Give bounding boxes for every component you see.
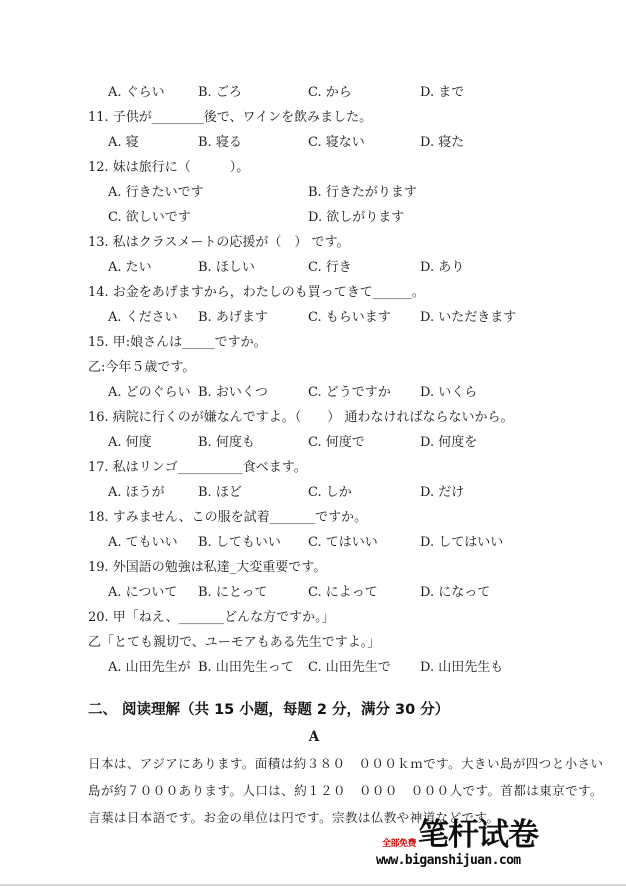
option-item: B. ほしい (198, 255, 308, 280)
multiple-choice-section: A. ぐらいB. ごろC. からD. まで11. 子供が________後で、ワ… (88, 80, 540, 680)
option-item: B. ほど (198, 480, 308, 505)
option-item: A. 山田先生が (108, 655, 198, 680)
option-item: C. てはいい (308, 530, 420, 555)
question-text: 20. 甲「ねえ、_______どんな方ですか。」 (88, 610, 335, 625)
option-item: D. 欲しがります (308, 205, 540, 230)
watermark-brand-row: 全部免费 笔杆试卷 (376, 820, 546, 851)
option-item: B. 山田先生って (198, 655, 308, 680)
dialog-line: 乙:今年５歳です。 (88, 355, 540, 380)
question-text: 17. 私はリンゴ__________食べます。 (88, 460, 307, 475)
option-item: A. 行きたいです (108, 180, 308, 205)
option-item: B. 行きたがります (308, 180, 540, 205)
question-line: 18. すみません、この服を試着_______ですか。 (88, 505, 540, 530)
option-item: C. もらいます (308, 305, 420, 330)
option-item: C. 寝ない (308, 130, 420, 155)
option-item: D. 何度を (420, 430, 540, 455)
option-item: A. どのぐらい (108, 380, 198, 405)
option-item: A. ほうが (108, 480, 198, 505)
test-content: A. ぐらいB. ごろC. からD. まで11. 子供が________後で、ワ… (88, 80, 540, 831)
option-item: C. どうですか (308, 380, 420, 405)
options-line: A. 山田先生がB. 山田先生ってC. 山田先生でD. 山田先生も (88, 655, 540, 680)
option-item: B. 何度も (198, 430, 308, 455)
dialog-text: 乙「とても親切で、ユーモアもある先生ですよ。」 (88, 635, 380, 650)
option-item: D. 寝た (420, 130, 540, 155)
question-line: 13. 私はクラスメートの応援が（ ） です。 (88, 230, 540, 255)
question-line: 11. 子供が________後で、ワインを飲みました。 (88, 105, 540, 130)
question-text: 15. 甲:娘さんは_____ですか。 (88, 335, 267, 350)
passage-line: 島が約７０００あります。人口は、約１２０ ０００ ０００人です。首都は東京です。 (88, 777, 540, 804)
option-item: D. いただきます (420, 305, 540, 330)
option-item: C. 行き (308, 255, 420, 280)
options-line: A. ほうがB. ほどC. しかD. だけ (88, 480, 540, 505)
options-line: A. 何度B. 何度もC. 何度でD. 何度を (88, 430, 540, 455)
option-item: B. おいくつ (198, 380, 308, 405)
page-bottom-divider (0, 884, 626, 886)
question-text: 19. 外国語の勉強は私達_大変重要です。 (88, 560, 326, 575)
option-item: B. 寝る (198, 130, 308, 155)
question-line: 14. お金をあげますから，わたしのも買ってきて______。 (88, 280, 540, 305)
watermark-tagline: 全部免费 (382, 840, 416, 849)
option-item: B. してもいい (198, 530, 308, 555)
options-line: A. 寝B. 寝るC. 寝ないD. 寝た (88, 130, 540, 155)
option-item: C. 何度で (308, 430, 420, 455)
watermark-site-url: www.biganshijuan.com (376, 853, 546, 868)
options-line: A. たいB. ほしいC. 行きD. あり (88, 255, 540, 280)
option-item: D. あり (420, 255, 540, 280)
question-text: 14. お金をあげますから，わたしのも買ってきて______。 (88, 285, 425, 300)
question-text: 13. 私はクラスメートの応援が（ ） です。 (88, 235, 350, 250)
option-item: C. から (308, 80, 420, 105)
option-item: D. まで (420, 80, 540, 105)
option-item: B. あげます (198, 305, 308, 330)
question-text: 18. すみません、この服を試着_______ですか。 (88, 510, 367, 525)
question-text: 16. 病院に行くのが嫌なんですよ。（ ） 通わなければならないから。 (88, 410, 513, 425)
option-item: C. 山田先生で (308, 655, 420, 680)
option-item: A. について (108, 580, 198, 605)
question-text: 12. 妹は旅行に（ ）。 (88, 160, 249, 175)
section-header: 二、 阅读理解（共 15 小题，每题 2 分，满分 30 分） (88, 697, 540, 724)
option-item: D. 山田先生も (420, 655, 540, 680)
option-item: A. 寝 (108, 130, 198, 155)
option-item: B. にとって (198, 580, 308, 605)
question-line: 12. 妹は旅行に（ ）。 (88, 155, 540, 180)
dialog-text: 乙:今年５歳です。 (88, 360, 195, 375)
option-item: C. によって (308, 580, 420, 605)
options-line: A. ぐらいB. ごろC. からD. まで (88, 80, 540, 105)
dialog-line: 乙「とても親切で、ユーモアもある先生ですよ。」 (88, 630, 540, 655)
watermark: 全部免费 笔杆试卷 www.biganshijuan.com (376, 820, 546, 868)
option-item: A. てもいい (108, 530, 198, 555)
option-item: A. 何度 (108, 430, 198, 455)
option-item: D. だけ (420, 480, 540, 505)
question-line: 16. 病院に行くのが嫌なんですよ。（ ） 通わなければならないから。 (88, 405, 540, 430)
question-line: 20. 甲「ねえ、_______どんな方ですか。」 (88, 605, 540, 630)
options-line: A. どのぐらいB. おいくつC. どうですかD. いくら (88, 380, 540, 405)
option-item: A. ください (108, 305, 198, 330)
options-line: A. についてB. にとってC. によってD. になって (88, 580, 540, 605)
watermark-brand-text: 笔杆试卷 (418, 820, 538, 851)
option-item: D. いくら (420, 380, 540, 405)
question-line: 17. 私はリンゴ__________食べます。 (88, 455, 540, 480)
passage-line: 日本は、アジアにあります。面積は約３８０ ０００ｋｍです。大きい島が四つと小さい (88, 750, 540, 777)
options-line: A. くださいB. あげますC. もらいますD. いただきます (88, 305, 540, 330)
passage-label: A (88, 724, 540, 750)
question-text: 11. 子供が________後で、ワインを飲みました。 (88, 110, 372, 125)
question-line: 19. 外国語の勉強は私達_大変重要です。 (88, 555, 540, 580)
question-line: 15. 甲:娘さんは_____ですか。 (88, 330, 540, 355)
option-item: B. ごろ (198, 80, 308, 105)
option-item: D. してはいい (420, 530, 540, 555)
option-item: A. ぐらい (108, 80, 198, 105)
options-line: A. てもいいB. してもいいC. てはいいD. してはいい (88, 530, 540, 555)
options-line: C. 欲しいですD. 欲しがります (88, 205, 540, 230)
option-item: D. になって (420, 580, 540, 605)
options-line: A. 行きたいですB. 行きたがります (88, 180, 540, 205)
option-item: C. しか (308, 480, 420, 505)
option-item: C. 欲しいです (108, 205, 308, 230)
option-item: A. たい (108, 255, 198, 280)
